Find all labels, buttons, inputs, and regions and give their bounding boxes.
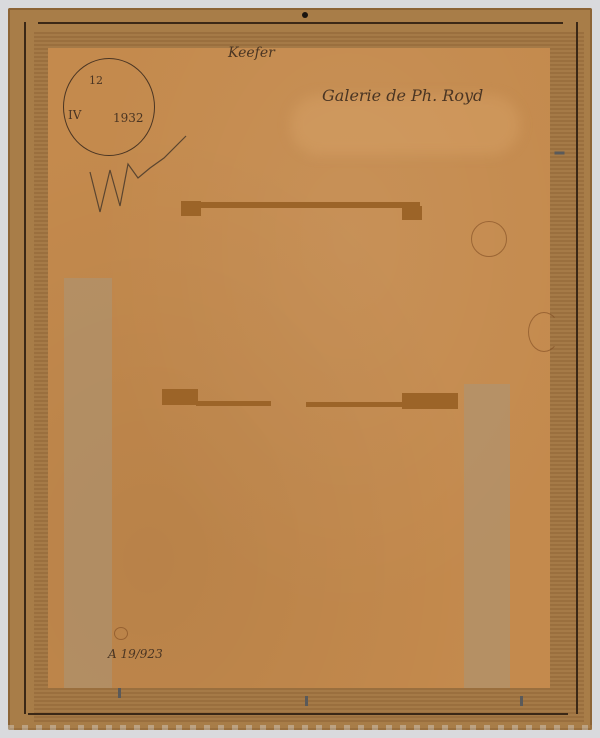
stamp-year: 1932: [113, 111, 144, 125]
water-ring-stain: [471, 221, 507, 257]
nail: [305, 696, 308, 706]
tape-strip-right: [464, 384, 510, 688]
tape-strip-left: [64, 278, 112, 688]
hinge-residue-lower-right: [402, 393, 458, 409]
inscription-galerie: Galerie de Ph. Royd: [322, 86, 483, 105]
signature-scrawl: [86, 130, 206, 220]
hinge-residue-lower-bar-right: [306, 402, 406, 407]
hinge-residue-upper-right: [402, 206, 422, 220]
water-ring-stain-edge: [528, 312, 560, 352]
small-ring-mark: [114, 627, 128, 640]
hinge-residue-lower-bar-left: [196, 401, 271, 406]
inscription-keefer: Keefer: [228, 45, 275, 61]
frame-gap-right: [576, 22, 578, 714]
inscription-catalogue-number: A 19/923: [108, 647, 163, 661]
stamp-day: 12: [89, 74, 103, 87]
hinge-residue-lower-left: [162, 389, 198, 405]
nail: [118, 688, 121, 698]
stamp-month: IV: [68, 108, 81, 122]
nail: [555, 152, 565, 155]
frame-gap-left: [24, 22, 26, 714]
hinge-residue-upper-bar: [200, 202, 420, 208]
nail: [520, 696, 523, 706]
frame-gap-top: [38, 22, 563, 24]
frame-gap-bottom: [28, 713, 568, 715]
hanging-hole: [302, 12, 308, 18]
